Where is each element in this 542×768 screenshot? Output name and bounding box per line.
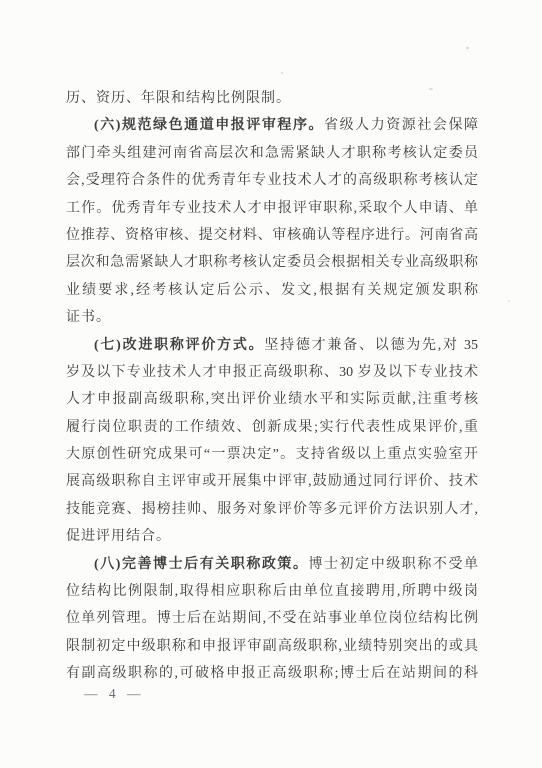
text-line: 技能竞赛、揭榜挂帅、服务对象评价等多元评价方法识别人才, [66,496,478,523]
section-heading-6: (六)规范绿色通道申报评审程序。 [94,118,324,133]
paragraph-heading-line: (六)规范绿色通道申报评审程序。省级人力资源社会保障 [66,112,478,139]
document-page: 历、资历、年限和结构比例限制。 (六)规范绿色通道申报评审程序。省级人力资源社会… [0,0,542,768]
text-line: 限制初定中级职称和申报评审副高级职称,业绩特别突出的或具 [66,633,478,660]
text-line: 履行岗位职责的工作绩效、创新成果;实行代表性成果评价,重 [66,414,478,441]
text-line: 大原创性研究成果可“一票决定”。支持省级以上重点实验室开 [66,441,478,468]
scan-artifact [281,72,283,74]
text-line: 位单列管理。博士后在站期间,不受在站事业单位岗位结构比例 [66,605,478,632]
text-line: 工作。优秀青年专业技术人才申报评审职称,采取个人申请、单 [66,195,478,222]
paragraph-end-line: 促进评用结合。 [66,523,478,550]
text-line: 历、资历、年限和结构比例限制。 [66,85,478,112]
text-line: 业绩要求,经考核认定后公示、发文,根据有关规定颁发职称 [66,277,478,304]
paragraph-end-line: 证书。 [66,304,478,331]
text-run: 坚持德才兼备、以德为先,对 35 [264,338,478,353]
text-line: 展高级职称自主评审或开展集中评审,鼓励通过同行评价、技术 [66,468,478,495]
text-line: 有副高级职称的,可破格申报正高级职称;博士后在站期间的科 [66,660,478,687]
paragraph-heading-line: (七)改进职称评价方式。坚持德才兼备、以德为先,对 35 [66,332,478,359]
text-run: 博士初定中级职称不受单 [309,557,478,572]
text-line: 位推荐、资格审核、提交材料、审核确认等程序进行。河南省高 [66,222,478,249]
text-line: 位结构比例限制,取得相应职称后由单位直接聘用,所聘中级岗 [66,578,478,605]
text-line: 部门牵头组建河南省高层次和急需紧缺人才职称考核认定委员 [66,140,478,167]
section-heading-8: (八)完善博士后有关职称政策。 [94,557,309,572]
scan-artifact [466,47,469,49]
text-run: 省级人力资源社会保障 [324,118,478,133]
text-line: 层次和急需紧缺人才职称考核认定委员会根据相关专业高级职称 [66,249,478,276]
paragraph-heading-line: (八)完善博士后有关职称政策。博士初定中级职称不受单 [66,551,478,578]
scan-artifact [508,300,510,302]
document-text-body: 历、资历、年限和结构比例限制。 (六)规范绿色通道申报评审程序。省级人力资源社会… [66,85,478,688]
text-line: 人才申报副高级职称,突出评价业绩水平和实际贡献,注重考核 [66,386,478,413]
text-line: 会,受理符合条件的优秀青年专业技术人才的高级职称考核认定 [66,167,478,194]
page-number: — 4 — [84,686,145,702]
text-line: 岁及以下专业技术人才申报正高级职称、30 岁及以下专业技术 [66,359,478,386]
section-heading-7: (七)改进职称评价方式。 [94,338,264,353]
